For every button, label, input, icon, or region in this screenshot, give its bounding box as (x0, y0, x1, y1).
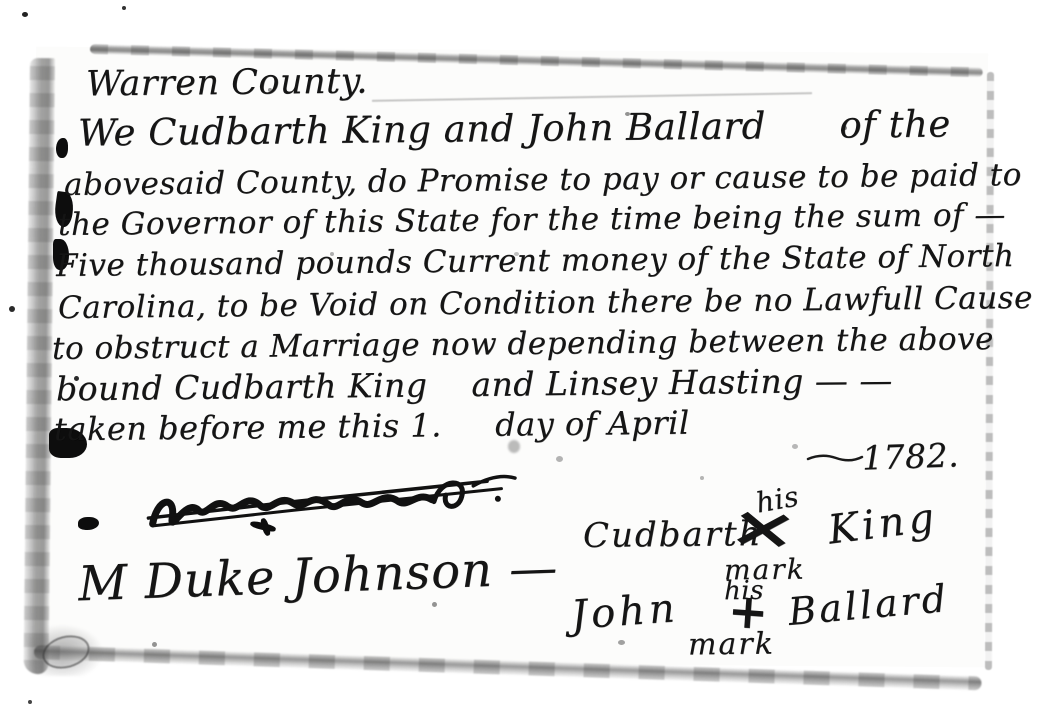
stain-speck (9, 306, 15, 312)
stain-speck (432, 602, 437, 607)
body-line-8: taken before me this 1. day of April (54, 407, 690, 446)
bondsman-mark-label: mark (688, 630, 775, 661)
stain-speck (700, 476, 704, 480)
county-header: Warren County. (86, 65, 368, 103)
stain-speck (22, 12, 28, 17)
year-text: 1782. (861, 438, 959, 474)
stain-speck (618, 640, 625, 645)
body-line-1: We Cudbarth King and John Ballard of the (78, 105, 951, 151)
year-pen-flourish (806, 452, 864, 462)
bondsman-first-name: John (570, 588, 680, 635)
body-line-7: bound Cudbarth King and Linsey Hasting —… (56, 364, 893, 406)
scanned-document-photo: Warren County. We Cudbarth King and John… (0, 0, 1050, 717)
stain-speck (28, 700, 32, 704)
stain-speck (556, 456, 563, 462)
groom-x-mark: × (724, 498, 804, 559)
stain-speck (152, 642, 157, 647)
stain-speck (122, 6, 126, 10)
ink-blob (56, 138, 68, 158)
stain-speck (792, 444, 798, 449)
